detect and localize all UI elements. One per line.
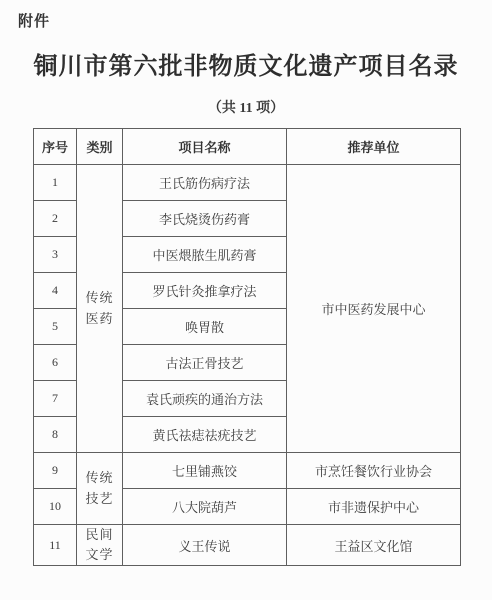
project-name-cell: 七里铺燕饺 [123, 453, 287, 489]
category-cell: 民间 文学 [77, 525, 123, 566]
row-number-cell: 1 [34, 165, 77, 201]
table-row: 9传统 技艺七里铺燕饺市烹饪餐饮行业协会 [34, 453, 461, 489]
document-page: 附件 铜川市第六批非物质文化遗产项目名录 （共 11 项） 序号 类别 项目名称… [0, 0, 492, 600]
row-number-cell: 7 [34, 381, 77, 417]
category-cell: 传统 技艺 [77, 453, 123, 525]
page-title: 铜川市第六批非物质文化遗产项目名录 [0, 46, 492, 81]
project-name-cell: 古法正骨技艺 [123, 345, 287, 381]
table-row: 1传统 医药王氏筋伤病疗法市中医药发展中心 [34, 165, 461, 201]
table-row: 11民间 文学义王传说王益区文化馆 [34, 525, 461, 566]
heritage-table: 序号 类别 项目名称 推荐单位 1传统 医药王氏筋伤病疗法市中医药发展中心2李氏… [33, 128, 461, 566]
project-name-cell: 黄氏祛痣祛疣技艺 [123, 417, 287, 453]
table-body: 1传统 医药王氏筋伤病疗法市中医药发展中心2李氏烧烫伤药膏3中医煨脓生肌药膏4罗… [34, 165, 461, 566]
project-name-cell: 王氏筋伤病疗法 [123, 165, 287, 201]
recommending-unit-cell: 市中医药发展中心 [287, 165, 461, 453]
row-number-cell: 10 [34, 489, 77, 525]
project-name-cell: 唤胃散 [123, 309, 287, 345]
project-name-cell: 罗氏针灸推拿疗法 [123, 273, 287, 309]
row-number-cell: 11 [34, 525, 77, 566]
attachment-label: 附件 [18, 10, 50, 31]
recommending-unit-cell: 市非遗保护中心 [287, 489, 461, 525]
project-name-cell: 八大院葫芦 [123, 489, 287, 525]
row-number-cell: 5 [34, 309, 77, 345]
project-name-cell: 袁氏顽疾的通治方法 [123, 381, 287, 417]
col-header-no: 序号 [34, 129, 77, 165]
item-count-subtitle: （共 11 项） [0, 97, 492, 117]
row-number-cell: 8 [34, 417, 77, 453]
col-header-name: 项目名称 [123, 129, 287, 165]
col-header-category: 类别 [77, 129, 123, 165]
table-header-row: 序号 类别 项目名称 推荐单位 [34, 129, 461, 165]
row-number-cell: 9 [34, 453, 77, 489]
row-number-cell: 4 [34, 273, 77, 309]
row-number-cell: 3 [34, 237, 77, 273]
project-name-cell: 中医煨脓生肌药膏 [123, 237, 287, 273]
col-header-unit: 推荐单位 [287, 129, 461, 165]
row-number-cell: 2 [34, 201, 77, 237]
project-name-cell: 李氏烧烫伤药膏 [123, 201, 287, 237]
category-cell: 传统 医药 [77, 165, 123, 453]
recommending-unit-cell: 市烹饪餐饮行业协会 [287, 453, 461, 489]
row-number-cell: 6 [34, 345, 77, 381]
recommending-unit-cell: 王益区文化馆 [287, 525, 461, 566]
project-name-cell: 义王传说 [123, 525, 287, 566]
